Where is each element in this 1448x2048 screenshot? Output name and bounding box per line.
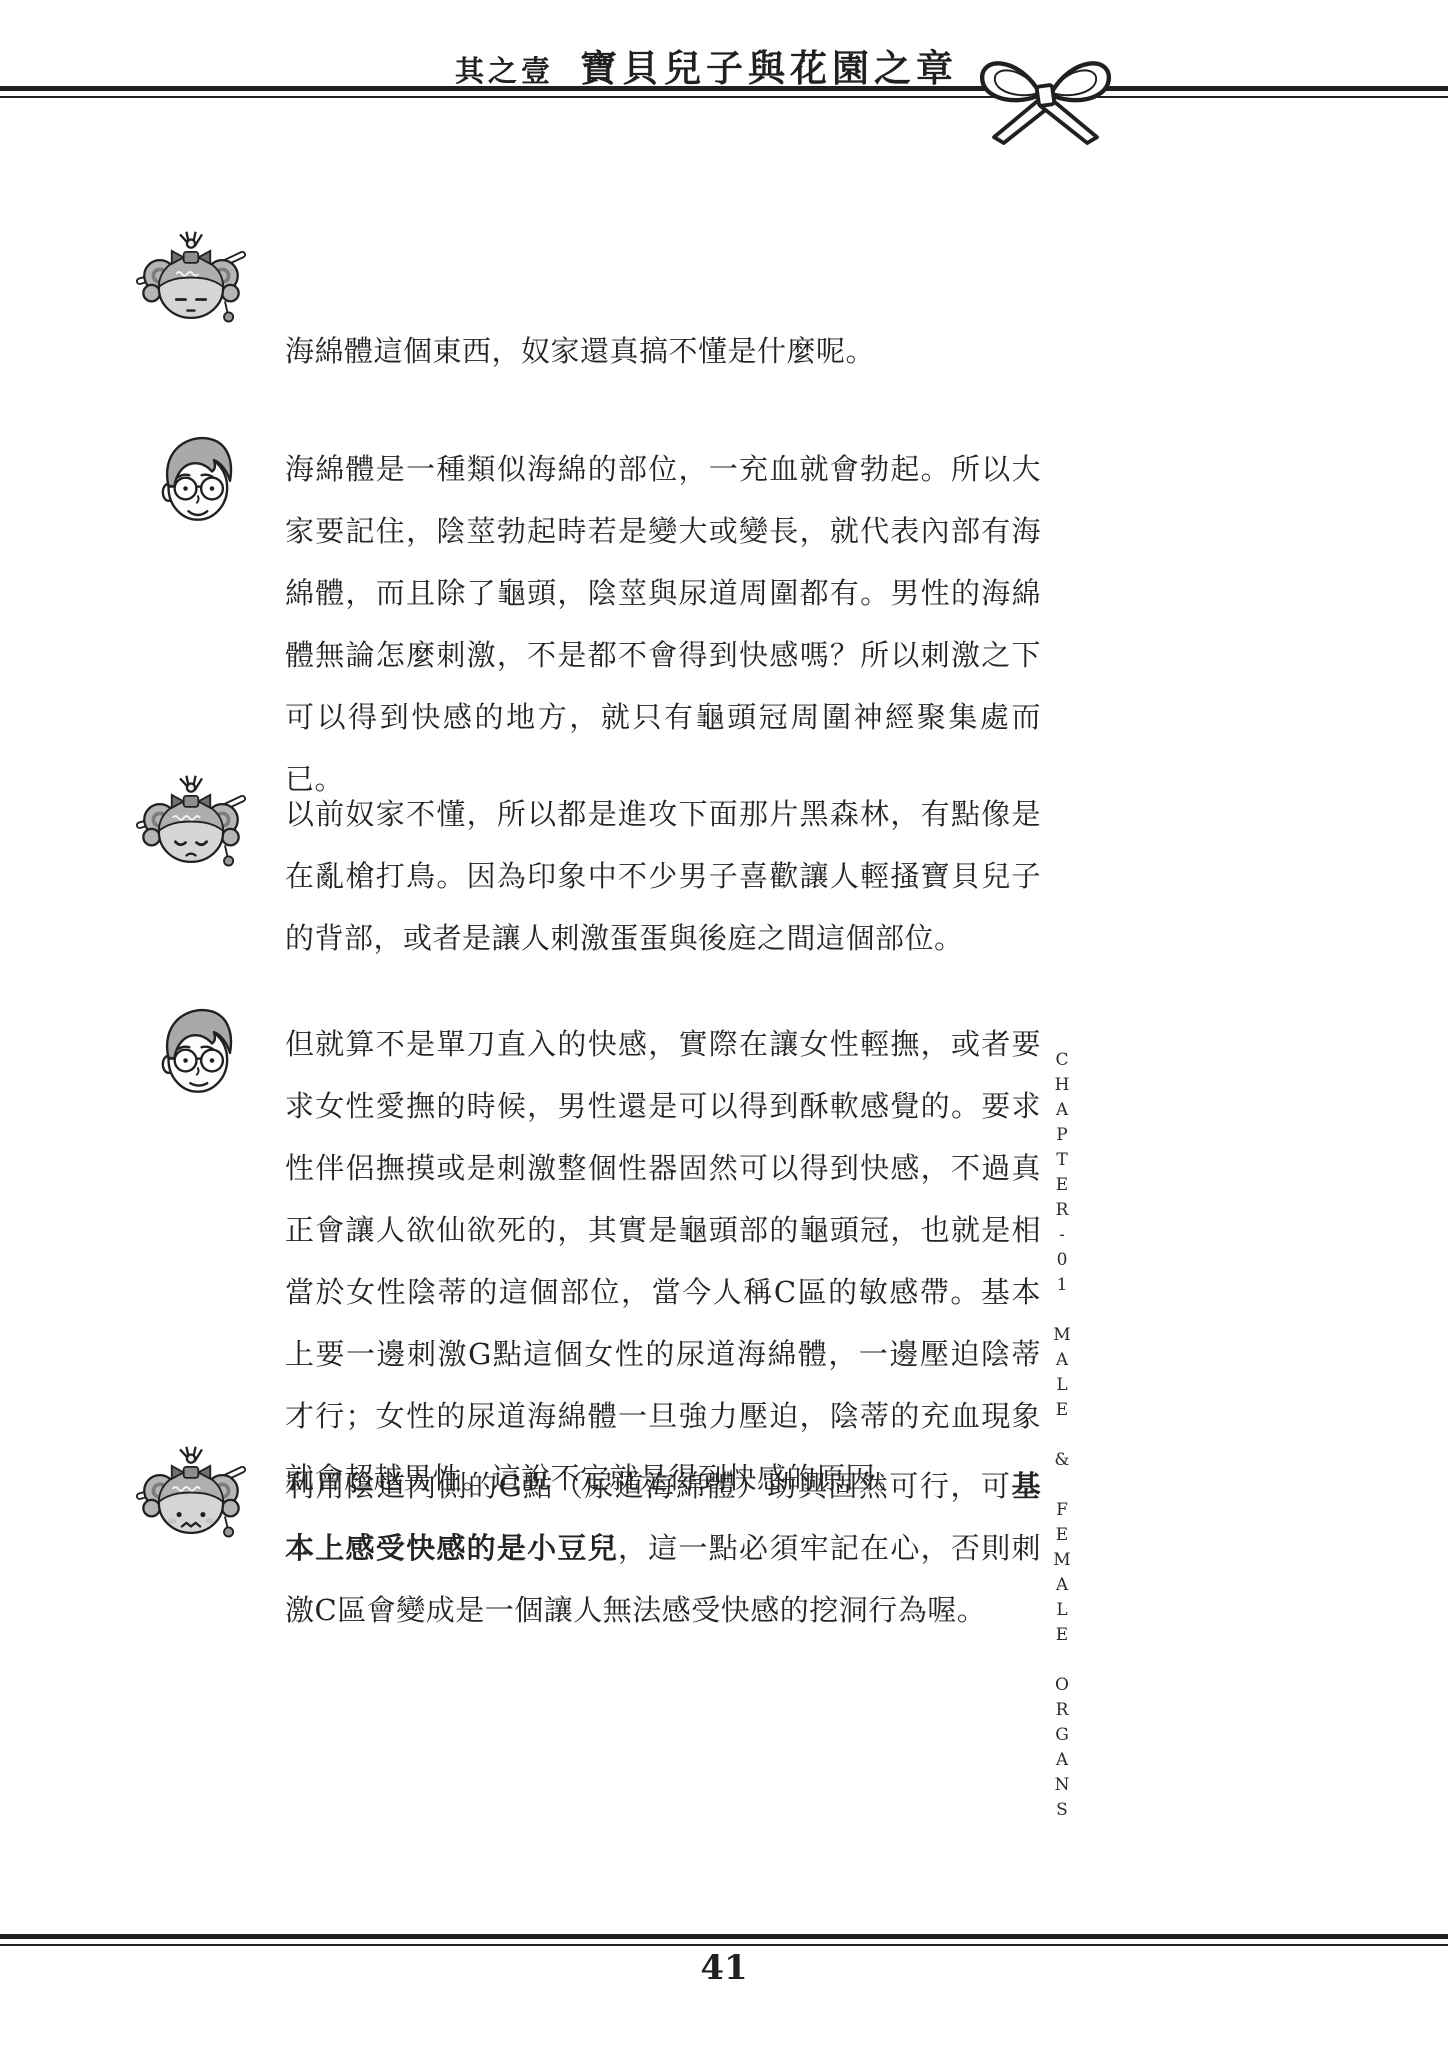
chapter-label: 其之壹 [455, 49, 554, 90]
dialogue-text: 海綿體這個東西，奴家還真搞不懂是什麼呢。 [285, 320, 1041, 382]
footer-double-rule [0, 1934, 1448, 1946]
page-number: 41 [0, 1948, 1448, 1988]
dialogue-text: 利用陰道內側的G點（尿道海綿體）助興固然可行，可基本上感受快感的是小豆兒，這一點… [285, 1455, 1041, 1641]
dialogue-text: 以前奴家不懂，所以都是進攻下面那片黑森林，有點像是在亂槍打鳥。因為印象中不少男子… [285, 783, 1041, 969]
ribbon-bow-icon [963, 40, 1128, 147]
text-segment: 海綿體是一種類似海綿的部位，一充血就會勃起。所以大家要記住，陰莖勃起時若是變大或… [285, 452, 1041, 796]
dialogue-text: 但就算不是單刀直入的快感，實際在讓女性輕撫，或者要求女性愛撫的時候，男性還是可以… [285, 1013, 1041, 1509]
woman-avatar-icon [136, 1443, 246, 1543]
text-segment: 海綿體這個東西，奴家還真搞不懂是什麼呢。 [285, 334, 875, 368]
text-segment: 利用陰道內側的G點（尿道海綿體）助興固然可行，可 [285, 1469, 1011, 1503]
page-header: 其之壹 寶貝兒子與花園之章 [455, 38, 958, 92]
woman-avatar-icon [136, 228, 246, 328]
man-avatar-icon [140, 428, 250, 532]
text-segment: 但就算不是單刀直入的快感，實際在讓女性輕撫，或者要求女性愛撫的時候，男性還是可以… [285, 1027, 1041, 1495]
dialogue-text: 海綿體是一種類似海綿的部位，一充血就會勃起。所以大家要記住，陰莖勃起時若是變大或… [285, 438, 1041, 810]
text-segment: 以前奴家不懂，所以都是進攻下面那片黑森林，有點像是在亂槍打鳥。因為印象中不少男子… [285, 797, 1041, 955]
chapter-spine-label: CHAPTER-01 MALE & FEMALE ORGANS [1052, 1050, 1072, 1825]
chapter-title: 寶貝兒子與花園之章 [580, 38, 958, 92]
woman-avatar-icon [136, 772, 246, 872]
man-avatar-icon [140, 1000, 250, 1104]
book-page: 其之壹 寶貝兒子與花園之章 [0, 0, 1448, 2048]
